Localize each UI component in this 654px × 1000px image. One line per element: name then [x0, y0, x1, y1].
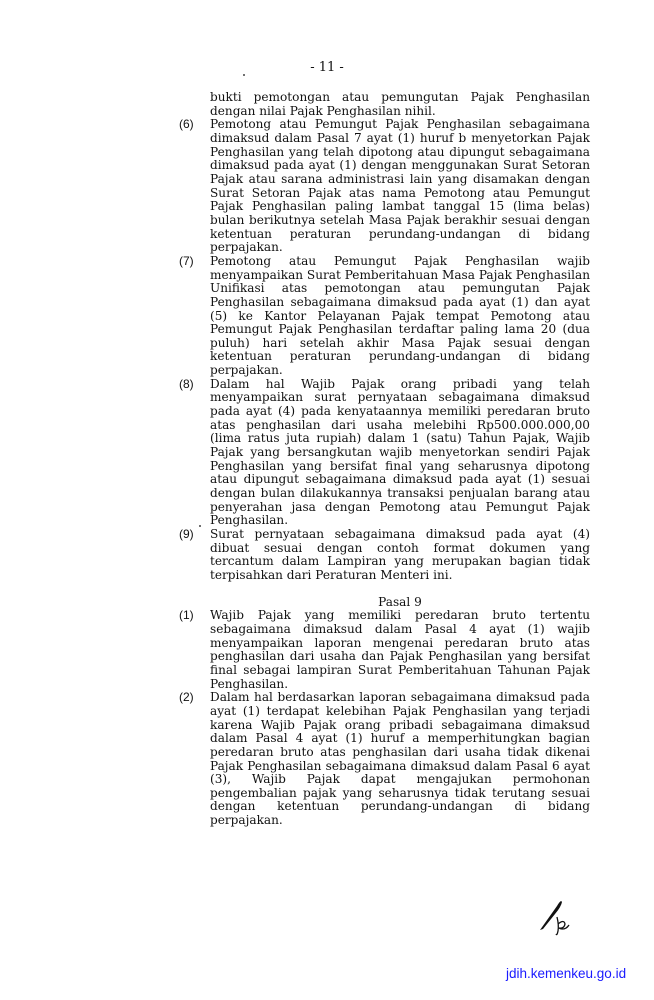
ayat-number: (8) — [179, 378, 210, 528]
ayat-text: Surat pernyataan sebagaimana dimaksud pa… — [210, 528, 590, 583]
ayat-text: Wajib Pajak yang memiliki peredaran brut… — [210, 609, 590, 691]
ayat-text: Pemotong atau Pemungut Pajak Penghasilan… — [210, 255, 590, 378]
jdih-link[interactable]: jdih.kemenkeu.go.id — [506, 966, 626, 981]
pasal-8-items: (6) Pemotong atau Pemungut Pajak Penghas… — [179, 118, 590, 582]
pasal-9-ayat-1: (1) Wajib Pajak yang memiliki peredaran … — [179, 609, 590, 691]
ayat-number: (7) — [179, 255, 210, 378]
pasal-9-ayat-2: (2) Dalam hal berdasarkan laporan sebaga… — [179, 691, 590, 828]
pasal-9-items: (1) Wajib Pajak yang memiliki peredaran … — [179, 609, 590, 828]
page-number: - 11 - — [0, 60, 654, 75]
ayat-6: (6) Pemotong atau Pemungut Pajak Penghas… — [179, 118, 590, 255]
ayat-number: (1) — [179, 609, 210, 691]
continuation-text: bukti pemotongan atau pemungutan Pajak P… — [179, 91, 590, 118]
scan-speck — [243, 74, 245, 76]
ayat-text: Dalam hal Wajib Pajak orang pribadi yang… — [210, 378, 590, 528]
ayat-number: (2) — [179, 691, 210, 828]
ayat-8: (8) Dalam hal Wajib Pajak orang pribadi … — [179, 378, 590, 528]
regulation-body: bukti pemotongan atau pemungutan Pajak P… — [179, 91, 590, 828]
signature-icon — [535, 893, 585, 938]
ayat-9: (9) Surat pernyataan sebagaimana dimaksu… — [179, 528, 590, 583]
ayat-text: Pemotong atau Pemungut Pajak Penghasilan… — [210, 118, 590, 255]
ayat-7: (7) Pemotong atau Pemungut Pajak Penghas… — [179, 255, 590, 378]
ayat-number: (6) — [179, 118, 210, 255]
ayat-text: Dalam hal berdasarkan laporan sebagaiman… — [210, 691, 590, 828]
pasal-9-heading: Pasal 9 — [179, 596, 590, 610]
ayat-number: (9) — [179, 528, 210, 583]
document-page: - 11 - bukti pemotongan atau pemungutan … — [0, 0, 654, 1000]
